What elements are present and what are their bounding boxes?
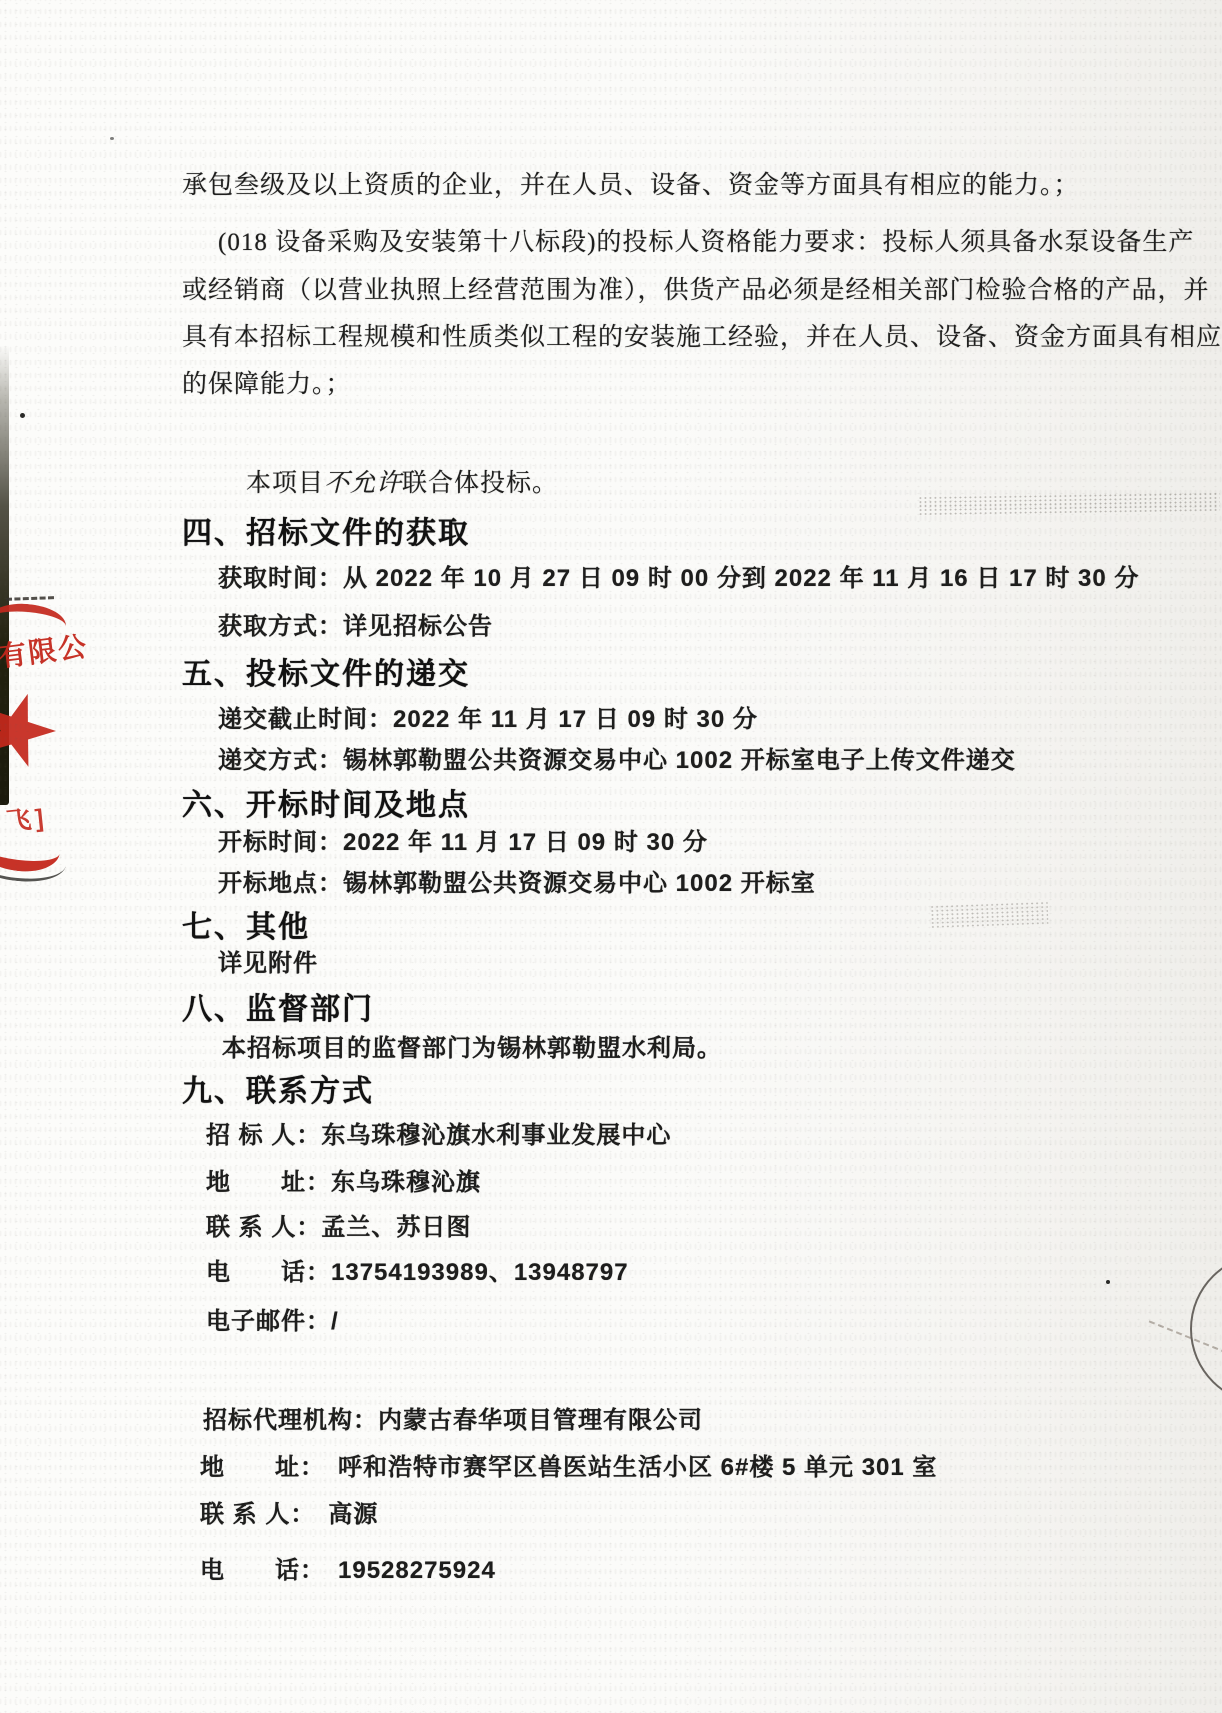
agency-contact-person: 联 系 人： 高源 (200, 1494, 378, 1529)
intro-line-3: 或经销商（以营业执照上经营范围为准），供货产品必须是经相关部门检验合格的产品，并 (182, 270, 1210, 306)
section-4-obtain-time: 获取时间：从 2022 年 10 月 27 日 09 时 00 分到 2022 … (218, 558, 1139, 593)
section-4-title: 四、招标文件的获取 (182, 508, 470, 552)
scanned-tender-document-page: 承包叁级及以上资质的企业，并在人员、设备、资金等方面具有相应的能力。； (018… (0, 0, 1222, 1713)
section-5-title: 五、投标文件的递交 (182, 649, 470, 693)
section-4-obtain-method: 获取方式：详见招标公告 (218, 606, 493, 641)
intro-line-4: 具有本招标工程规模和性质类似工程的安装施工经验，并在人员、设备、资金方面具有相应 (182, 317, 1222, 353)
section-5-deadline: 递交截止时间：2022 年 11 月 17 日 09 时 30 分 (218, 699, 758, 734)
ink-speck (1106, 1280, 1110, 1284)
intro-line-2: (018 设备采购及安装第十八标段)的投标人资格能力要求：投标人须具备水泵设备生… (218, 222, 1194, 258)
contact-person: 联 系 人：孟兰、苏日图 (206, 1207, 471, 1242)
intro-line-5: 的保障能力。； (182, 364, 352, 400)
contact-tenderee: 招 标 人：东乌珠穆沁旗水利事业发展中心 (206, 1115, 671, 1150)
contact-phone: 电 话：13754193989、13948797 (206, 1252, 629, 1287)
pencil-smudge-upper (918, 492, 1220, 516)
section-6-open-place: 开标地点：锡林郭勒盟公共资源交易中心 1002 开标室 (218, 863, 816, 898)
agency-address: 地 址： 呼和浩特市赛罕区兽医站生活小区 6#楼 5 单元 301 室 (200, 1447, 937, 1482)
section-7-see-attachment: 详见附件 (218, 943, 318, 978)
section-7-title: 七、其他 (182, 902, 310, 946)
section-8-title: 八、监督部门 (182, 984, 374, 1028)
ink-speck (20, 413, 25, 418)
ink-speck (110, 137, 114, 140)
seal-top-dash-mark (6, 596, 54, 601)
note-emphasis: 不允许 (324, 470, 402, 497)
intro-line-1: 承包叁级及以上资质的企业，并在人员、设备、资金等方面具有相应的能力。； (182, 165, 1080, 201)
note-prefix: 本项目 (246, 470, 324, 497)
section-8-supervisor: 本招标项目的监督部门为锡林郭勒盟水利局。 (222, 1028, 722, 1063)
section-5-method: 递交方式：锡林郭勒盟公共资源交易中心 1002 开标室电子上传文件递交 (218, 740, 1016, 775)
agency-name: 招标代理机构：内蒙古春华项目管理有限公司 (203, 1400, 703, 1435)
note-suffix: 联合体投标。 (402, 470, 558, 497)
agency-phone: 电 话： 19528275924 (200, 1550, 496, 1585)
seal-star-icon (0, 681, 66, 778)
section-6-title: 六、开标时间及地点 (182, 780, 470, 824)
section-6-open-time: 开标时间：2022 年 11 月 17 日 09 时 30 分 (218, 822, 708, 857)
contact-address: 地 址：东乌珠穆沁旗 (206, 1162, 481, 1197)
pencil-smudge-lower (930, 901, 1049, 929)
paper-crease-arc (1190, 1253, 1222, 1405)
section-9-title: 九、联系方式 (182, 1066, 374, 1110)
contact-email: 电子邮件：/ (206, 1301, 339, 1336)
joint-venture-note: 本项目不允许联合体投标。 (246, 463, 558, 499)
seal-black-underline-arc (0, 835, 68, 886)
